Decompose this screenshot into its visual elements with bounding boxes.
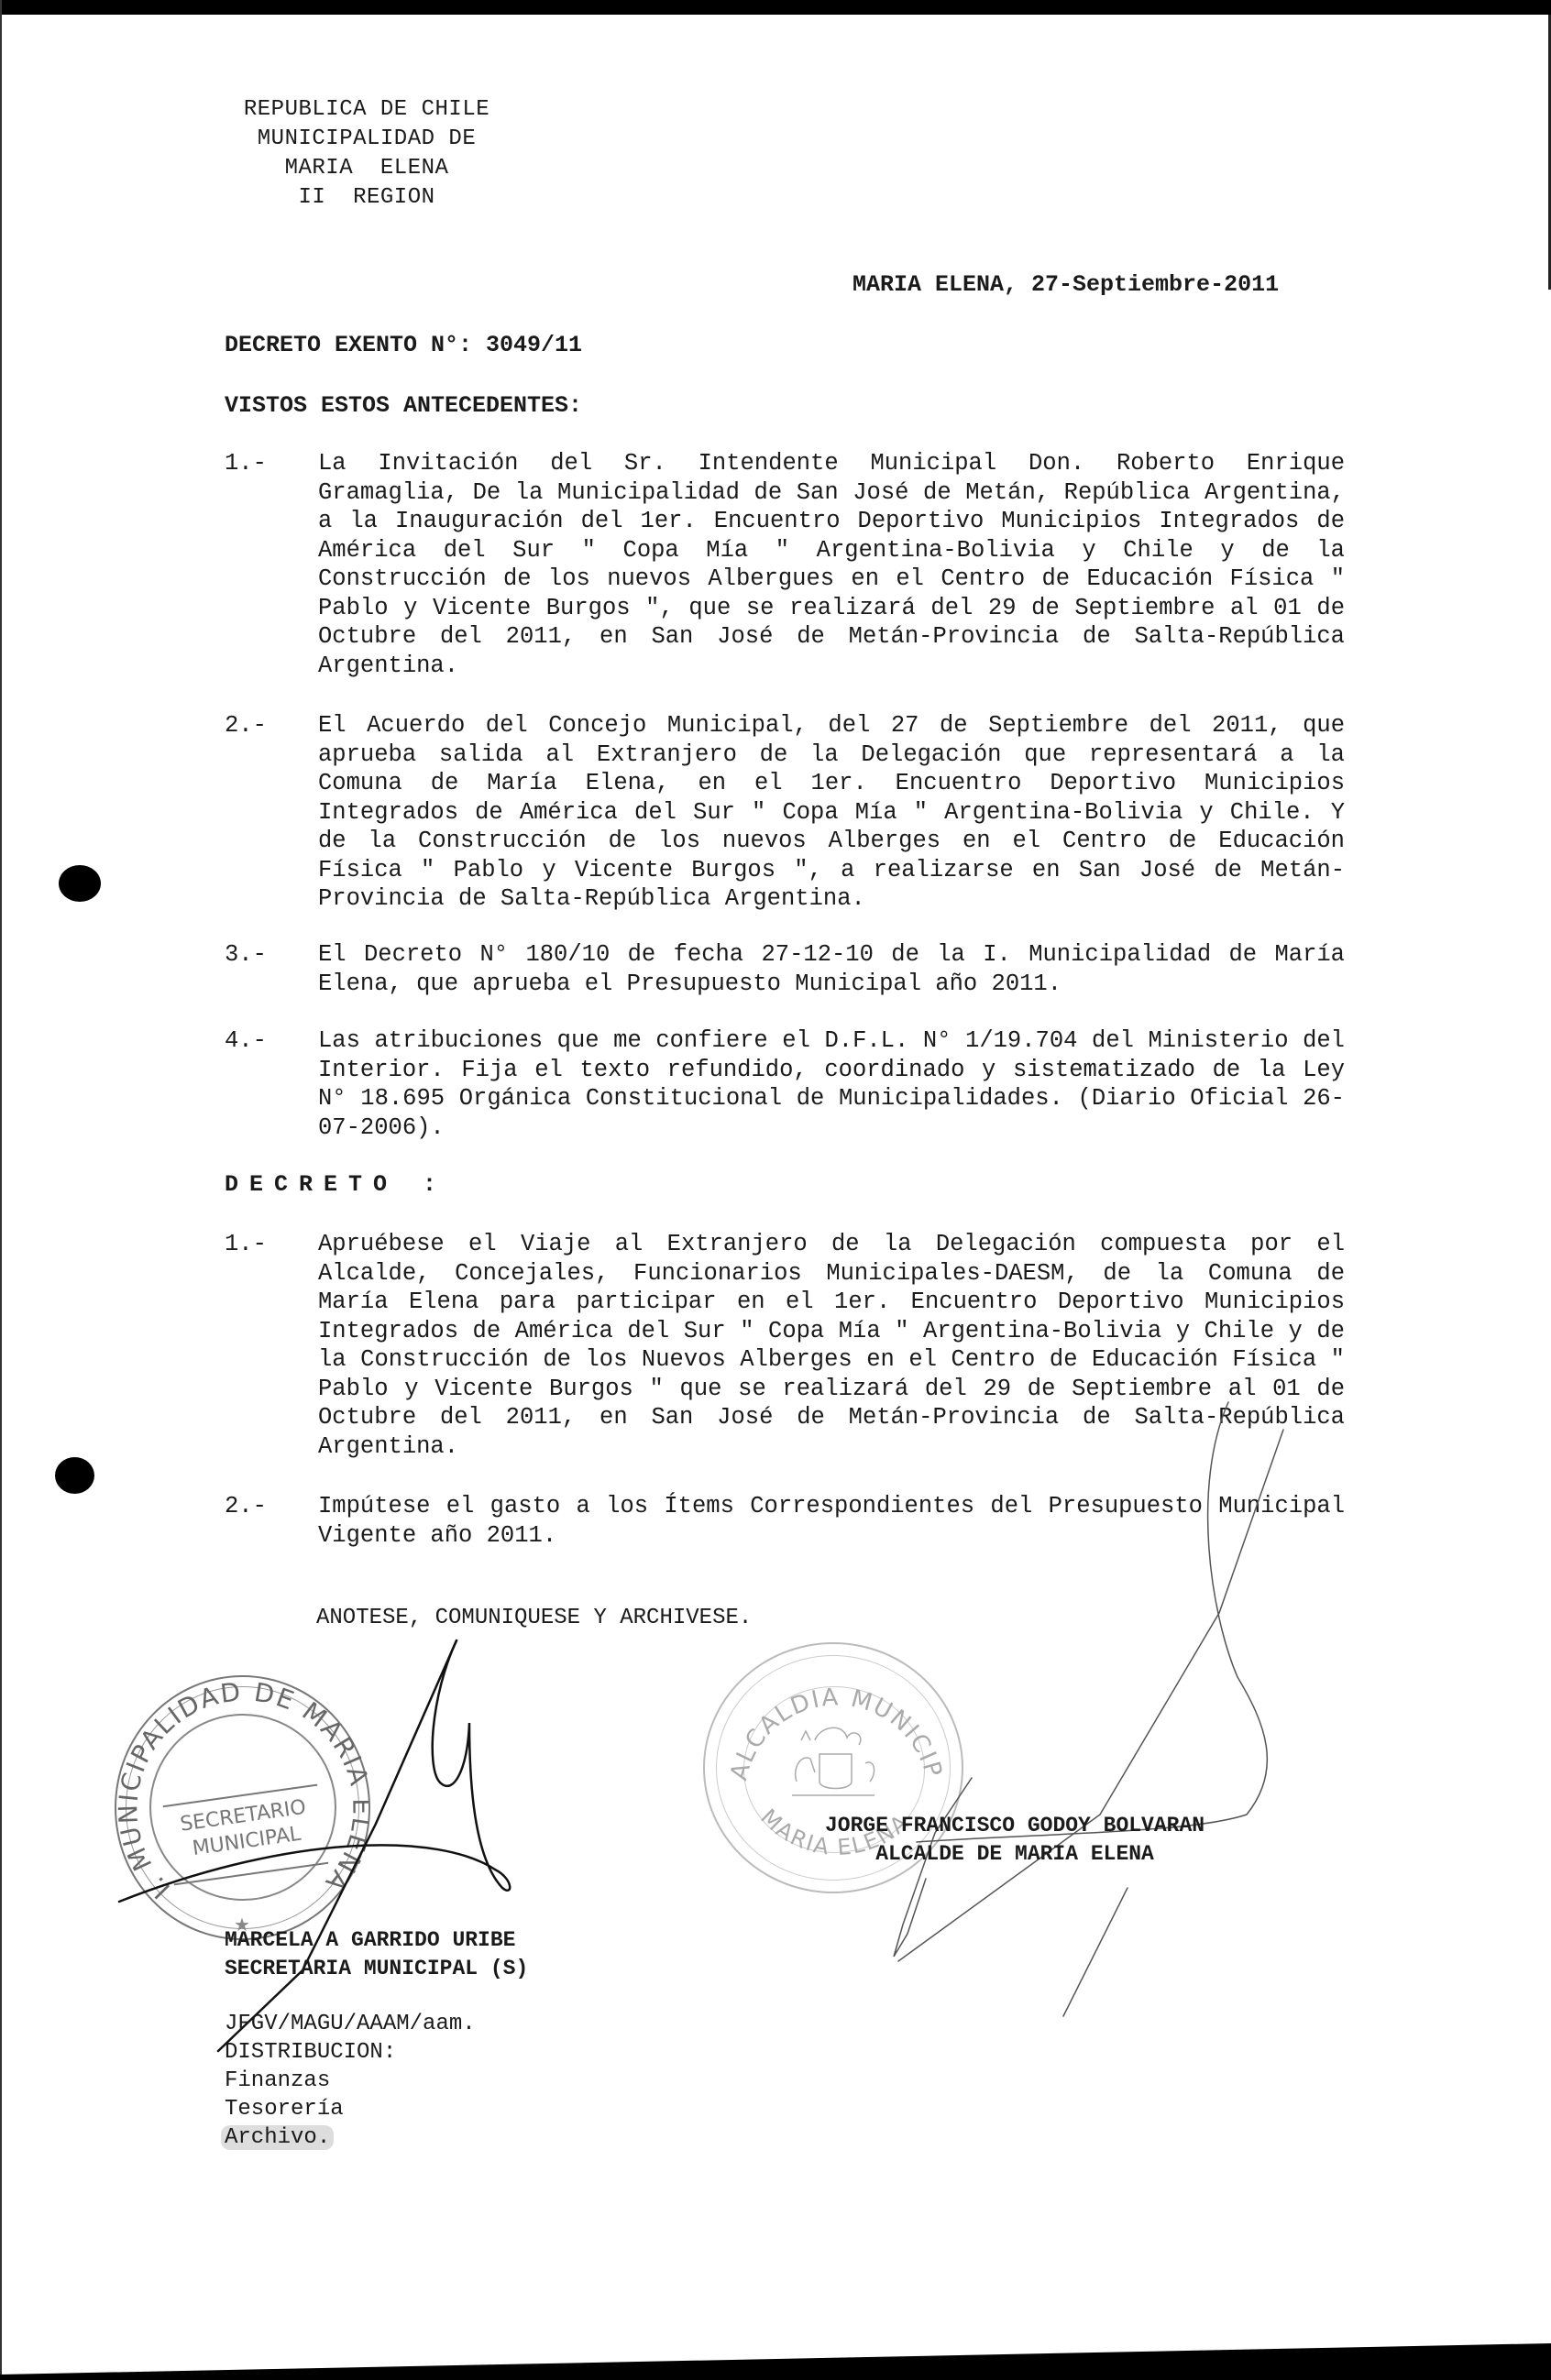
signatory-name: MARCELA A GARRIDO URIBE — [225, 1926, 528, 1955]
vistos-heading: VISTOS ESTOS ANTECEDENTES: — [225, 392, 582, 419]
decreto-heading: DECRETO : — [225, 1171, 447, 1198]
distribution-item: Finanzas — [225, 2067, 476, 2095]
item-text: El Decreto N° 180/10 de fecha 27-12-10 d… — [318, 940, 1345, 998]
item-number: 1.- — [225, 449, 267, 478]
closing-formula: ANOTESE, COMUNIQUESE Y ARCHIVESE. — [316, 1606, 752, 1630]
distribution-footer: JFGV/MAGU/AAAM/aam. DISTRIBUCION: Finanz… — [225, 2010, 476, 2152]
distribution-item-highlighted: Archivo. — [221, 2125, 334, 2150]
item-number: 3.- — [225, 940, 267, 970]
item-number: 2.- — [225, 711, 267, 740]
mayor-signature-block: JORGE FRANCISCO GODOY BOLVARAN ALCALDE D… — [825, 1812, 1204, 1869]
item-text: La Invitación del Sr. Intendente Municip… — [318, 449, 1345, 680]
vistos-item: 3.- El Decreto N° 180/10 de fecha 27-12-… — [225, 940, 1345, 998]
item-number: 4.- — [225, 1026, 267, 1056]
punch-hole — [59, 865, 101, 902]
scan-border-bottom — [0, 2343, 1551, 2380]
item-number: 2.- — [225, 1492, 267, 1521]
punch-hole — [55, 1457, 94, 1494]
signatory-title: SECRETARIA MUNICIPAL (S) — [225, 1955, 528, 1983]
item-number: 1.- — [225, 1230, 267, 1259]
vistos-item: 2.- El Acuerdo del Concejo Municipal, de… — [225, 711, 1345, 914]
distribution-item: Tesorería — [225, 2095, 476, 2123]
item-text: Las atribuciones que me confiere el D.F.… — [318, 1026, 1345, 1142]
decreto-item: 1.- Apruébese el Viaje al Extranjero de … — [225, 1230, 1345, 1461]
distribution-item: Archivo. — [225, 2123, 476, 2152]
signature-stroke — [917, 1402, 1267, 1842]
reference-initials: JFGV/MAGU/AAAM/aam. — [225, 2010, 476, 2038]
vistos-item: 4.- Las atribuciones que me confiere el … — [225, 1026, 1345, 1142]
coat-of-arms-icon — [778, 1717, 888, 1809]
letterhead: REPUBLICA DE CHILE MUNICIPALIDAD DE MARI… — [225, 95, 509, 213]
decree-number: DECRETO EXENTO N°: 3049/11 — [225, 332, 582, 358]
item-text: El Acuerdo del Concejo Municipal, del 27… — [318, 711, 1345, 914]
letterhead-line: II REGION — [225, 183, 509, 213]
vistos-item: 1.- La Invitación del Sr. Intendente Mun… — [225, 449, 1345, 680]
secretary-signature-block: MARCELA A GARRIDO URIBE SECRETARIA MUNIC… — [225, 1926, 528, 1983]
scan-border-left — [0, 0, 2, 2380]
scan-border-top — [0, 0, 1551, 15]
signatory-title: ALCALDE DE MARIA ELENA — [825, 1840, 1204, 1869]
signature-stroke — [1063, 1888, 1127, 2016]
item-text: Impútese el gasto a los Ítems Correspond… — [318, 1492, 1345, 1550]
secretary-stamp: I. MUNICIPALIDAD DE MARIA ELENA SECRETAR… — [115, 1675, 370, 1940]
item-text: Apruébese el Viaje al Extranjero de la D… — [318, 1230, 1345, 1461]
place-date: MARIA ELENA, 27-Septiembre-2011 — [852, 271, 1279, 298]
decreto-item: 2.- Impútese el gasto a los Ítems Corres… — [225, 1492, 1345, 1550]
letterhead-line: MARIA ELENA — [225, 154, 509, 183]
letterhead-line: MUNICIPALIDAD DE — [225, 125, 509, 154]
distribution-heading: DISTRIBUCION: — [225, 2038, 476, 2067]
signatory-name: JORGE FRANCISCO GODOY BOLVARAN — [825, 1812, 1204, 1840]
letterhead-line: REPUBLICA DE CHILE — [225, 95, 509, 125]
